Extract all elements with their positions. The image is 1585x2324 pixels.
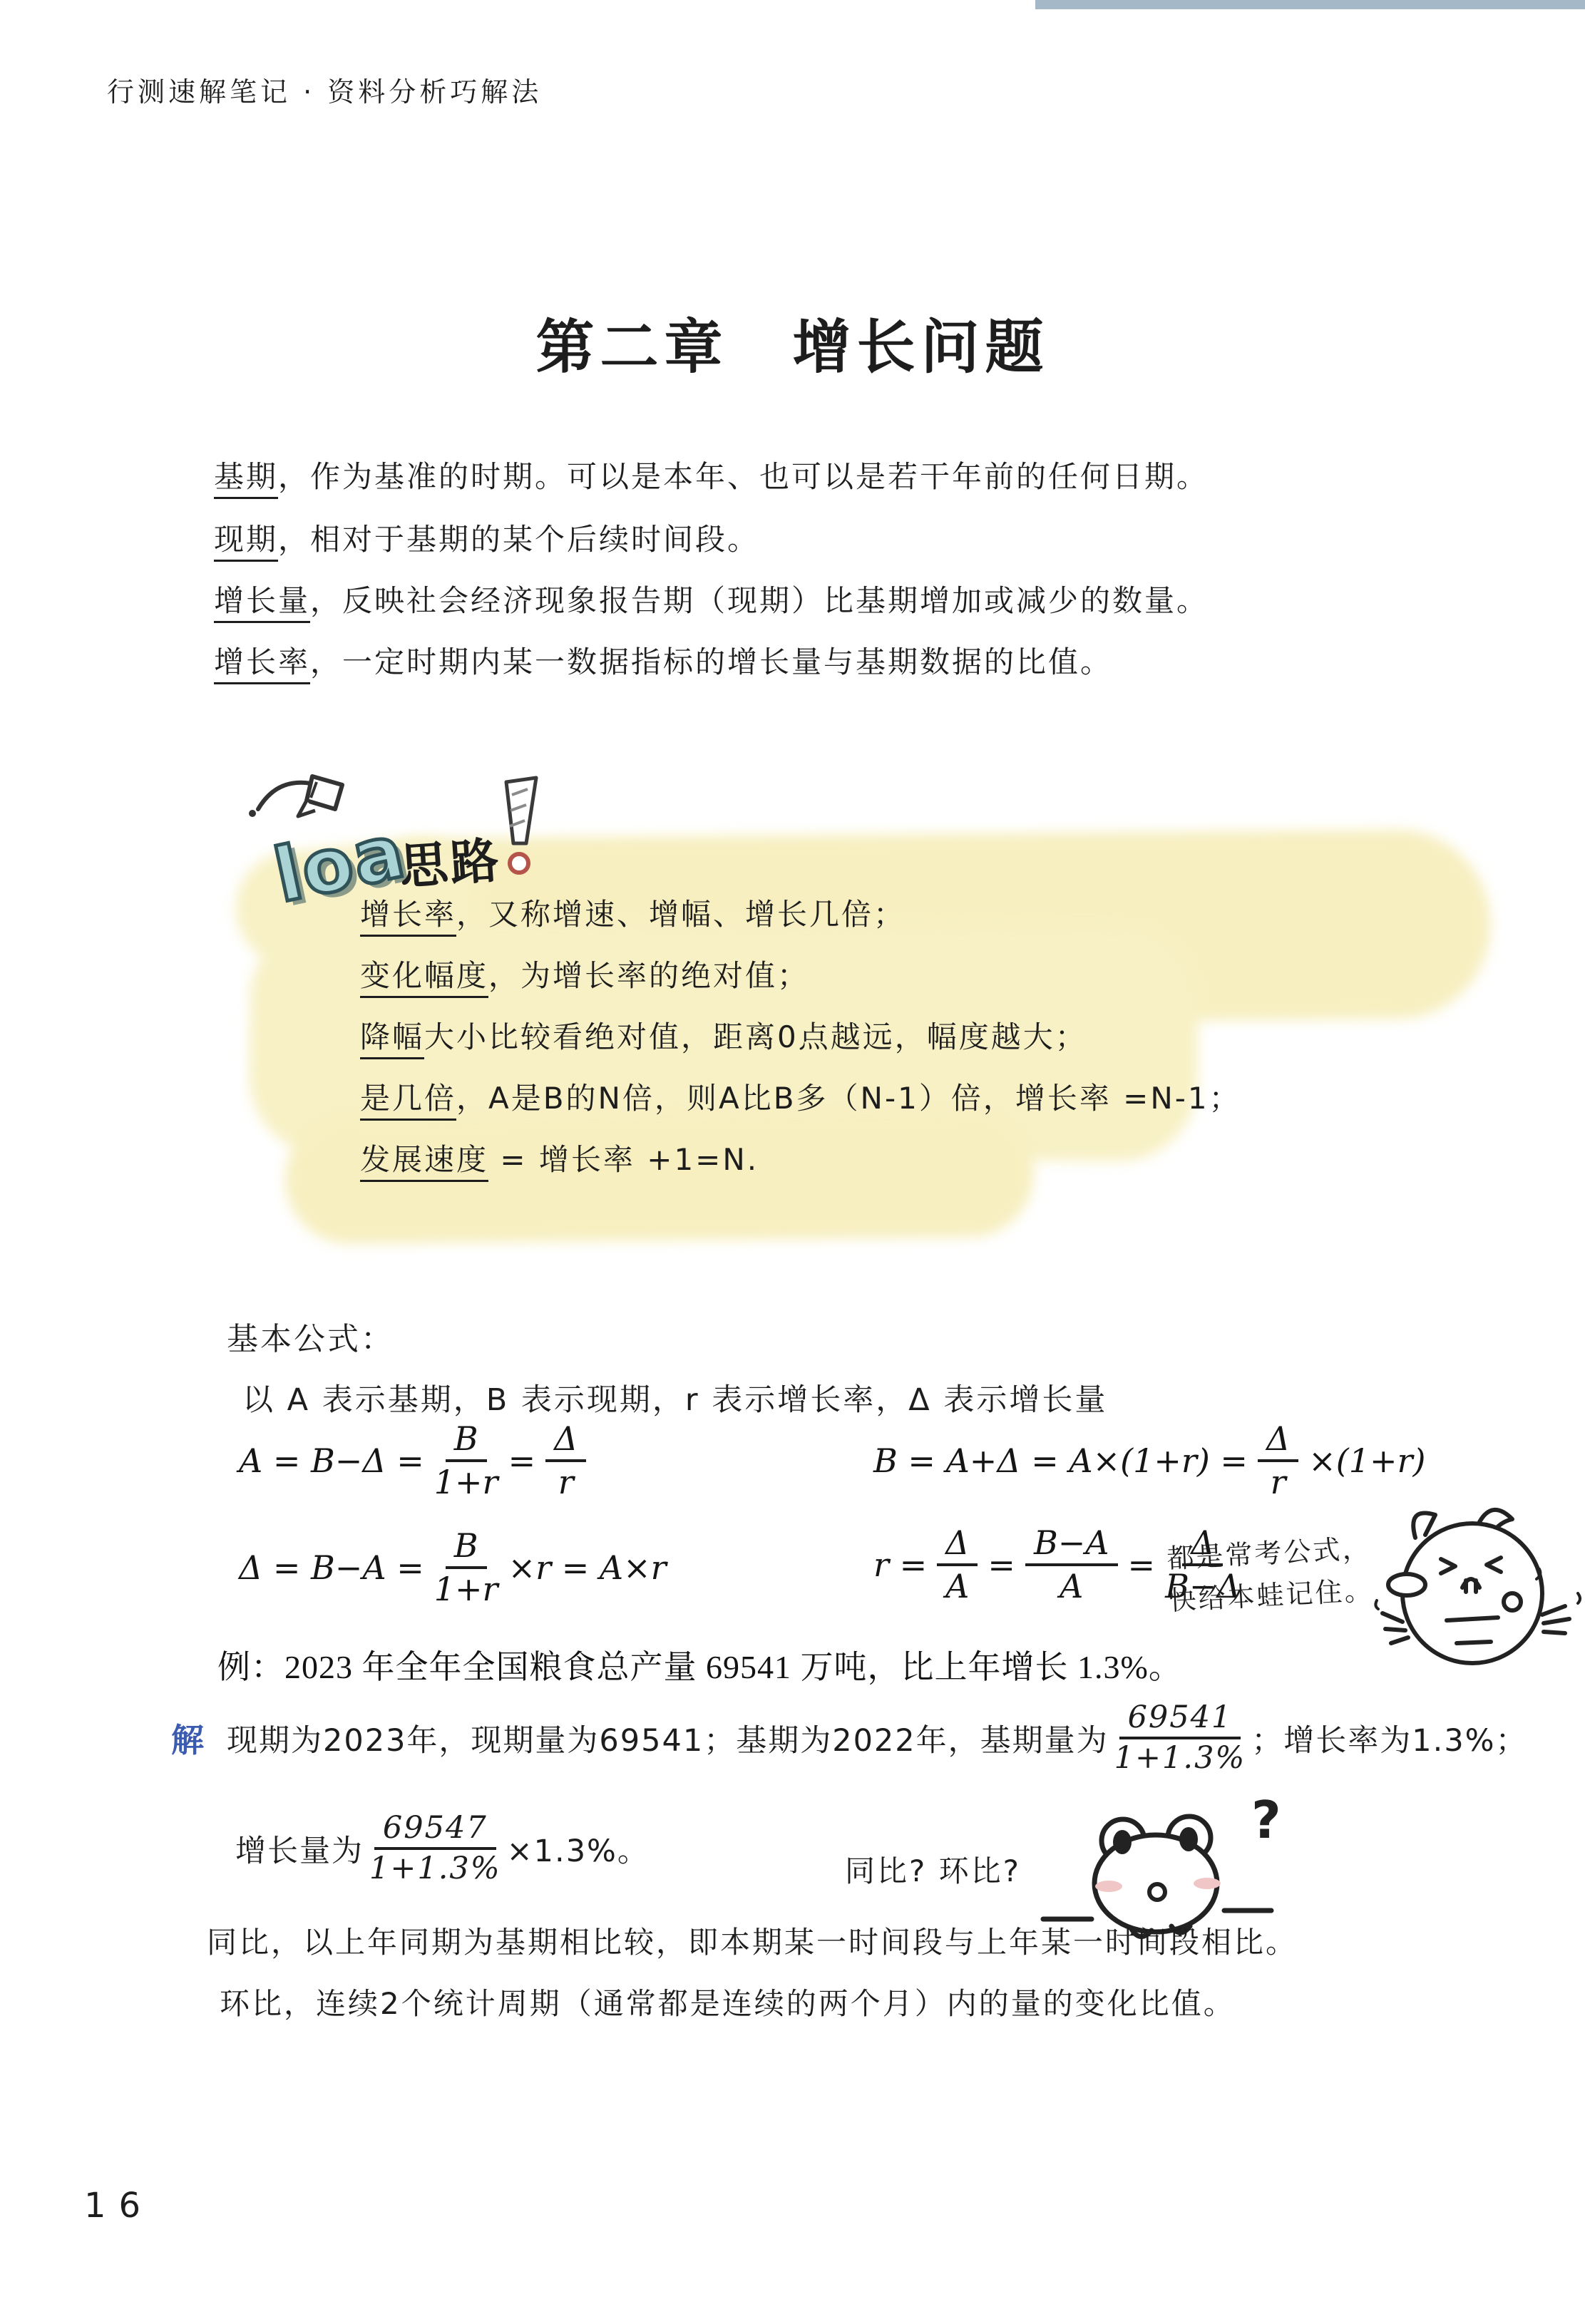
fraction-numerator: B−A [1025,1524,1118,1566]
formula-heading: 基本公式： [227,1313,394,1359]
solution-line: 解 现期为2023年，现期量为69541；基期为2022年，基期量为 69541… [171,1700,1528,1777]
formula-A: A = B−Δ = B 1+r = Δ r [239,1420,586,1501]
solution-text: 现期为2023年，现期量为69541；基期为2022年，基期量为 [227,1717,1109,1760]
note-item: 是几倍，A是B的N倍，则A比B多（N-1）倍，增长率 =N-1； [360,1075,1241,1118]
formula-note: 都是常考公式， 快给本蛙记住。 [1166,1528,1375,1623]
formula-intro: 以 A 表示基期，B 表示现期，r 表示增长率，Δ 表示增长量 [242,1376,1107,1419]
huanbi-term: 环比 [220,1986,284,2021]
fraction-numerator: B [446,1527,487,1569]
note-text: ，A是B的N倍，则A比B多（N-1）倍，增长率 =N-1； [456,1081,1241,1116]
formula-fraction: Δ A [937,1524,978,1605]
definition-text: ，反映社会经济现象报告期（现期）比基期增加或减少的数量。 [310,583,1209,618]
note-text: 大小比较看绝对值，距离0点越远，幅度越大； [424,1019,1087,1054]
note-term: 降幅 [360,1019,424,1059]
comparison-question: 同比? 环比? [845,1848,1021,1891]
formula-fraction: B 1+r [434,1420,498,1501]
bear-cartoon-icon [1373,1493,1583,1668]
solution-fraction: 69541 1+1.3% [1114,1700,1246,1777]
note-item: 降幅大小比较看绝对值，距离0点越远，幅度越大； [360,1014,1087,1056]
formula-fraction: B−A A [1025,1524,1118,1605]
formula-part: r = [873,1546,927,1584]
note-item: 发展速度 = 增长率 +1=N. [360,1136,759,1179]
running-header: 行测速解笔记 · 资料分析巧解法 [107,70,542,109]
solution-label: 解 [171,1714,205,1762]
fraction-numerator: B [446,1420,487,1462]
formula-part: Δ = B−A = [239,1548,424,1587]
top-edge-strip [1035,0,1585,9]
note-text: ，又称增速、增幅、增长几倍； [456,897,906,932]
definition-text: ，一定时期内某一数据指标的增长量与基期数据的比值。 [310,644,1112,679]
formula-delta: Δ = B−A = B 1+r ×r = A×r [239,1527,667,1608]
formula-B: B = A+Δ = A×(1+r) = Δ r ×(1+r) [873,1420,1425,1501]
formula-part: ×r = A×r [508,1548,667,1587]
formula-fraction: Δ r [545,1420,586,1501]
exclamation-icon [491,773,550,884]
note-term: 增长率 [360,897,456,937]
note-term: 变化幅度 [360,958,488,998]
growth-suffix: ×1.3%。 [507,1827,650,1871]
definition-term: 现期 [214,522,278,562]
growth-fraction: 69547 1+1.3% [369,1811,501,1887]
definition-row: 基期，作为基准的时期。可以是本年、也可以是若干年前的任何日期。 [214,453,1209,496]
definition-term: 基期 [214,459,278,499]
fraction-numerator: Δ [1258,1420,1298,1462]
formula-part: ×(1+r) [1308,1441,1425,1480]
silu-label: 思路 [397,822,503,898]
example-text: 例：2023 年全年全国粮食总产量 69541 万吨，比上年增长 1.3%。 [217,1641,1182,1688]
fraction-numerator: 69541 [1119,1700,1241,1739]
fraction-denominator: A [945,1566,969,1605]
note-term: 是几倍 [360,1081,456,1121]
note-item: 变化幅度，为增长率的绝对值； [360,952,809,995]
book-page: 行测速解笔记 · 资料分析巧解法 第二章 增长问题 基期，作为基准的时期。可以是… [0,0,1585,2324]
definition-row: 增长率，一定时期内某一数据指标的增长量与基期数据的比值。 [214,639,1112,682]
definition-row: 增长量，反映社会经济现象报告期（现期）比基期增加或减少的数量。 [214,577,1209,620]
tongbi-note: 同比，以上年同期为基期相比较，即本期某一时间段与上年某一时间段相比。 [207,1919,1298,1962]
fraction-denominator: 1+1.3% [369,1850,501,1886]
definition-term: 增长量 [214,583,310,623]
page-number: 16 [84,2186,153,2226]
chapter-title: 第二章 增长问题 [0,301,1585,384]
tongbi-term: 同比 [207,1925,271,1960]
fraction-denominator: r [1271,1462,1286,1501]
fraction-denominator: r [558,1462,574,1501]
formula-part: A = B−Δ = [239,1441,424,1480]
formula-part: B = A+Δ = A×(1+r) = [873,1441,1248,1480]
formula-fraction: Δ r [1258,1420,1298,1501]
definition-text: ，相对于基期的某个后续时间段。 [278,522,759,557]
fraction-denominator: 1+r [434,1462,498,1501]
note-item: 增长率，又称增速、增幅、增长几倍； [360,891,906,934]
definition-term: 增长率 [214,644,310,684]
formula-part: = [988,1546,1015,1584]
fraction-numerator: Δ [937,1524,978,1566]
question-mark: ? [1251,1790,1281,1850]
fraction-denominator: 1+1.3% [1114,1739,1246,1776]
definition-text: ，作为基准的时期。可以是本年、也可以是若干年前的任何日期。 [278,459,1209,494]
tongbi-text: ，以上年同期为基期相比较，即本期某一时间段与上年某一时间段相比。 [271,1925,1298,1960]
formula-part: = [508,1441,536,1480]
huanbi-note: 环比，连续2个统计周期（通常都是连续的两个月）内的量的变化比值。 [220,1980,1236,2023]
note-term: 发展速度 [360,1142,488,1182]
fraction-denominator: A [1060,1566,1083,1605]
formula-fraction: B 1+r [434,1527,498,1608]
huanbi-text: ，连续2个统计周期（通常都是连续的两个月）内的量的变化比值。 [284,1986,1236,2021]
definition-row: 现期，相对于基期的某个后续时间段。 [214,516,759,559]
fraction-numerator: 69547 [374,1811,496,1850]
growth-prefix: 增长量为 [235,1827,364,1871]
formula-part: = [1128,1546,1156,1584]
note-text: ，为增长率的绝对值； [488,958,809,993]
solution-text: ；增长率为1.3%； [1251,1717,1527,1760]
note-text: = 增长率 +1=N. [488,1142,759,1177]
growth-line: 增长量为 69547 1+1.3% ×1.3%。 [235,1811,650,1887]
fraction-numerator: Δ [545,1420,586,1462]
fraction-denominator: 1+r [434,1569,498,1608]
